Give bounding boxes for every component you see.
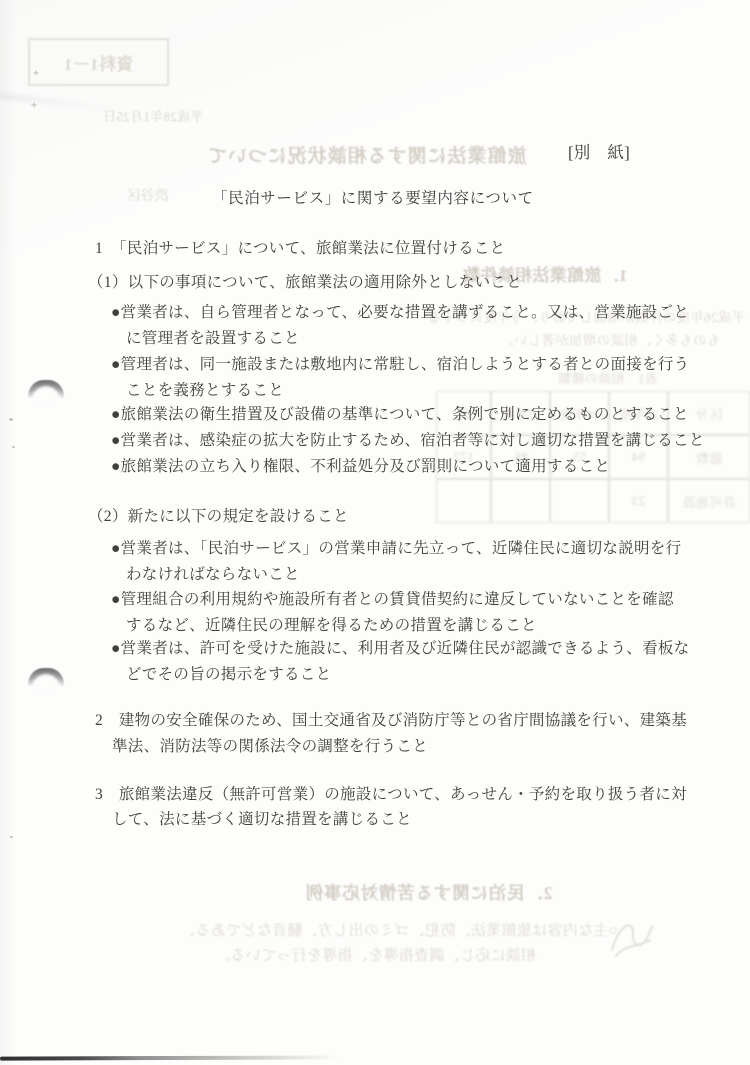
scan-edge-line — [0, 1055, 340, 1060]
scan-speck — [9, 418, 13, 421]
registration-mark: + — [31, 100, 37, 111]
scan-speck — [12, 446, 15, 448]
table-cell-bleed — [436, 479, 491, 523]
table-cell-bleed: 許可施設 — [668, 479, 750, 523]
stamp-box-bleed: 資料1－1 — [28, 38, 169, 86]
item2: 2 建物の安全確保のため、国土交通省及び消防庁等との省庁間協議を行い、建築基 準… — [95, 708, 687, 760]
bullet-line: ●管理組合の利用規約や施設所有者との賃貸借契約に違反していないことを確認 — [111, 587, 674, 613]
bullet-item: ●営業者は、感染症の拡大を防止するため、宿泊者等に対し適切な措置を講じること — [111, 428, 705, 454]
bullet-item: ●営業者は、許可を受けた施設に、利用者及び近隣住民が認識できるよう、看板な どで… — [111, 636, 689, 688]
ward-name-bleed: 渋谷区 — [126, 185, 169, 205]
table-cell-bleed — [491, 479, 550, 523]
reverse-title-bleed: 旅館業法に関する相談状況について — [207, 141, 527, 168]
reverse-section2-heading-bleed: 2．民泊に関する苦情対応事例 — [305, 880, 552, 905]
bullet-item: ●管理組合の利用規約や施設所有者との賃貸借契約に違反していないことを確認 するな… — [111, 587, 674, 639]
bullet-line: わなければならないこと — [126, 562, 681, 588]
item3: 3 旅館業法違反（無許可営業）の施設について、あっせん・予約を取り扱う者に対 し… — [95, 782, 687, 832]
item1-sub1-heading: （1）以下の事項について、旅館業法の適用除外としないこと — [88, 270, 522, 296]
bullet-item: ●旅館業法の衛生措置及び設備の基準について、条例で別に定めるものとすること — [111, 402, 689, 428]
item2-line: 2 建物の安全確保のため、国土交通省及び消防庁等との省庁間協議を行い、建築基 — [95, 708, 687, 734]
bullet-line: ●営業者は、「民泊サービス」の営業申請に先立って、近隣住民に適切な説明を行 — [111, 536, 681, 562]
bullet-item: ●管理者は、同一施設または敷地内に常駐し、宿泊しようとする者との面接を行う こと… — [111, 352, 689, 404]
bullet-item: ●営業者は、「民泊サービス」の営業申請に先立って、近隣住民に適切な説明を行 わな… — [111, 536, 681, 588]
item3-line: 3 旅館業法違反（無許可営業）の施設について、あっせん・予約を取り扱う者に対 — [95, 782, 687, 807]
bullet-line: ことを義務とすること — [126, 378, 689, 404]
scanned-document-page: { "doc": { "attachment_label": "[別 紙]", … — [0, 0, 750, 1065]
bullet-line: どでその旨の掲示をすること — [126, 662, 689, 688]
hole-punch-shadow — [28, 668, 64, 687]
reverse-paragraph-line-bleed: 相談に応じ、調査指導を、指導を行っている。 — [215, 944, 536, 965]
table-cell-bleed — [550, 479, 609, 523]
bullet-item: ●営業者は、自ら管理者となって、必要な措置を講ずること。又は、営業施設ごと に管… — [111, 300, 689, 352]
reverse-paragraph-line-bleed: ○主な内容は旅館業法、防犯、ゴミの出し方、騒音などである、 — [180, 919, 618, 940]
bullet-line: に管理者を設置すること — [126, 326, 689, 352]
registration-mark: + — [33, 68, 39, 79]
table-cell-bleed: 23 — [609, 479, 668, 523]
scan-speck — [10, 836, 13, 838]
bullet-item: ●旅館業法の立ち入り権限、不利益処分及び罰則について適用すること — [111, 454, 610, 480]
attachment-label: [別 紙] — [568, 140, 630, 166]
page-title: 「民泊サービス」に関する要望内容について — [212, 186, 534, 212]
item2-line: 準法、消防法等の関係法令の調整を行うこと — [112, 734, 687, 760]
bullet-line: ●営業者は、自ら管理者となって、必要な措置を講ずること。又は、営業施設ごと — [111, 300, 689, 326]
bullet-line: ●営業者は、許可を受けた施設に、利用者及び近隣住民が認識できるよう、看板な — [111, 636, 689, 662]
hole-punch-shadow — [28, 380, 64, 399]
scan-streak — [0, 92, 130, 115]
item1-sub2-heading: （2）新たに以下の規定を設けること — [88, 504, 349, 530]
item1-heading: 1 「民泊サービス」について、旅館業法に位置付けること — [95, 236, 505, 262]
pencil-squiggle-bleed — [606, 914, 658, 960]
item3-line: して、法に基づく適切な措置を講じること — [112, 807, 687, 832]
stamp-label-bleed: 資料1－1 — [64, 50, 134, 75]
bullet-line: ●管理者は、同一施設または敷地内に常駐し、宿泊しようとする者との面接を行う — [111, 352, 689, 378]
